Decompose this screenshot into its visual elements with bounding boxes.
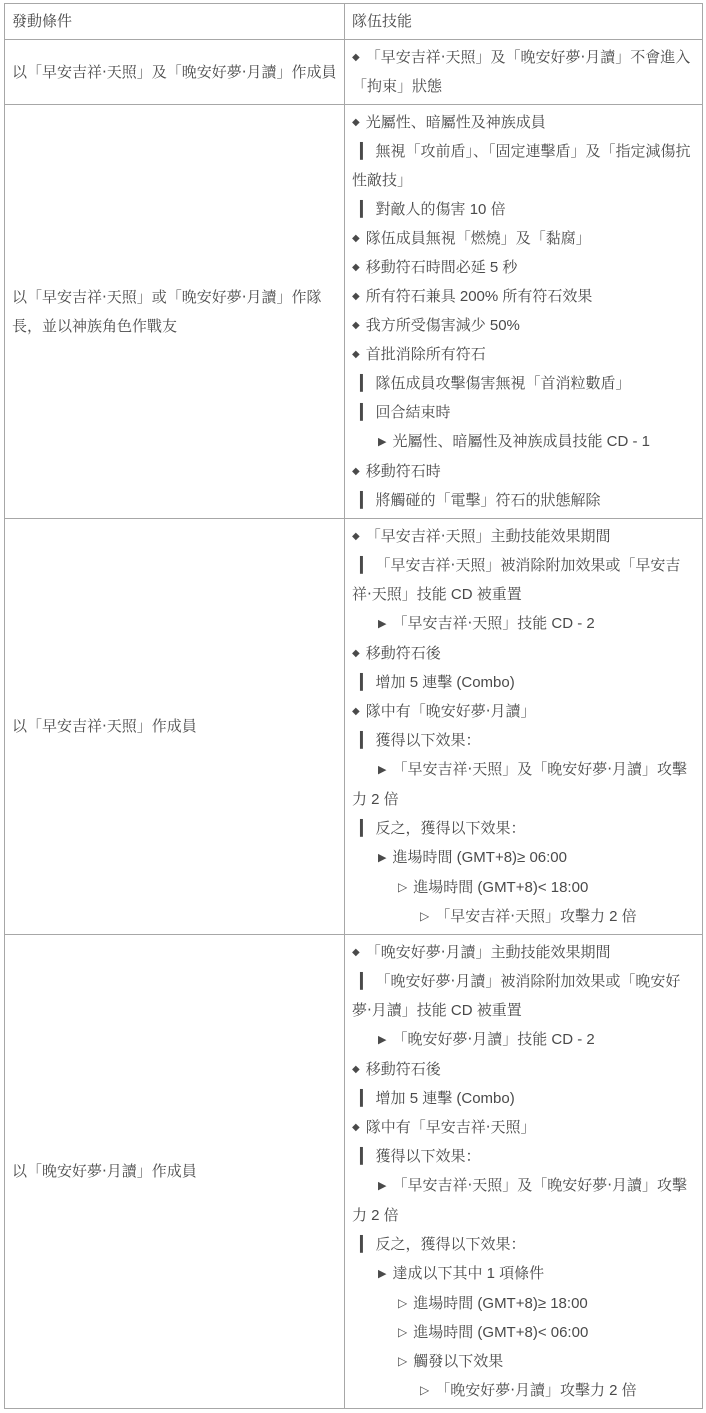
triangle-filled-bullet-icon: ▶ — [378, 764, 386, 776]
header-row: 發動條件 隊伍技能 — [5, 4, 703, 40]
triangle-open-bullet-icon: ▷ — [420, 1383, 429, 1397]
skill-text: 「早安吉祥‧天照」攻擊力 2 倍 — [435, 908, 636, 925]
skill-line: ◆「早安吉祥‧天照」及「晚安好夢‧月讀」不會進入「拘束」狀態 — [352, 43, 695, 101]
page: 發動條件 隊伍技能 以「早安吉祥‧天照」及「晚安好夢‧月讀」作成員 ◆「早安吉祥… — [0, 0, 706, 1413]
skill-line: ▷進場時間 (GMT+8)< 18:00 — [352, 873, 695, 902]
skill-line: ◆「早安吉祥‧天照」主動技能效果期間 — [352, 522, 695, 551]
diamond-bullet-icon: ◆ — [352, 648, 360, 659]
diamond-bullet-icon: ◆ — [352, 320, 360, 331]
skill-line: ◆移動符石時間必延 5 秒 — [352, 253, 695, 282]
skill-line: ◆隊中有「晚安好夢‧月讀」 — [352, 697, 695, 726]
bar-bullet-icon: ▎ — [360, 557, 372, 574]
skill-text: 「早安吉祥‧天照」技能 CD - 2 — [392, 615, 594, 632]
team-skill-table: 發動條件 隊伍技能 以「早安吉祥‧天照」及「晚安好夢‧月讀」作成員 ◆「早安吉祥… — [4, 3, 703, 1409]
column-header-skill: 隊伍技能 — [345, 4, 703, 40]
skill-line: ▎隊伍成員攻擊傷害無視「首消粒數盾」 — [352, 369, 695, 398]
triangle-filled-bullet-icon: ▶ — [378, 1268, 386, 1280]
skill-line: ▷「晚安好夢‧月讀」攻擊力 2 倍 — [352, 1376, 695, 1405]
skill-text: 首批消除所有符石 — [366, 346, 486, 363]
diamond-bullet-icon: ◆ — [352, 349, 360, 360]
bar-bullet-icon: ▎ — [360, 1090, 372, 1107]
skill-line: ▶「早安吉祥‧天照」及「晚安好夢‧月讀」攻擊力 2 倍 — [352, 755, 695, 814]
triangle-open-bullet-icon: ▷ — [398, 1325, 407, 1339]
triangle-filled-bullet-icon: ▶ — [378, 436, 386, 448]
skill-line: ▎獲得以下效果： — [352, 726, 695, 755]
condition-cell: 以「晚安好夢‧月讀」作成員 — [5, 935, 345, 1409]
skill-text: 獲得以下效果： — [376, 732, 481, 749]
condition-cell: 以「早安吉祥‧天照」或「晚安好夢‧月讀」作隊長，並以神族角色作戰友 — [5, 105, 345, 519]
skill-text: 對敵人的傷害 10 倍 — [376, 201, 506, 218]
bar-bullet-icon: ▎ — [360, 1236, 372, 1253]
skill-text: 將觸碰的「電擊」符石的狀態解除 — [376, 492, 601, 509]
diamond-bullet-icon: ◆ — [352, 1064, 360, 1075]
skill-text: 「早安吉祥‧天照」主動技能效果期間 — [366, 528, 611, 545]
skill-line: ▷「早安吉祥‧天照」攻擊力 2 倍 — [352, 902, 695, 931]
skill-text: 移動符石時 — [366, 463, 441, 480]
skill-line: ▎回合結束時 — [352, 398, 695, 427]
bar-bullet-icon: ▎ — [360, 820, 372, 837]
skill-text: 「早安吉祥‧天照」及「晚安好夢‧月讀」不會進入「拘束」狀態 — [352, 49, 690, 95]
condition-cell: 以「早安吉祥‧天照」及「晚安好夢‧月讀」作成員 — [5, 40, 345, 105]
skill-text: 光屬性、暗屬性及神族成員技能 CD - 1 — [392, 433, 650, 450]
diamond-bullet-icon: ◆ — [352, 466, 360, 477]
diamond-bullet-icon: ◆ — [352, 233, 360, 244]
skill-text: 「晚安好夢‧月讀」主動技能效果期間 — [366, 944, 611, 961]
skill-text: 「早安吉祥‧天照」被消除附加效果或「早安吉祥‧天照」技能 CD 被重置 — [352, 557, 680, 603]
skill-line: ▎反之，獲得以下效果： — [352, 814, 695, 843]
skill-line: ◆所有符石兼具 200% 所有符石效果 — [352, 282, 695, 311]
skill-text: 隊中有「晚安好夢‧月讀」 — [366, 703, 536, 720]
skill-line: ◆隊中有「早安吉祥‧天照」 — [352, 1113, 695, 1142]
triangle-filled-bullet-icon: ▶ — [378, 1034, 386, 1046]
bar-bullet-icon: ▎ — [360, 201, 372, 218]
skills-cell: ◆光屬性、暗屬性及神族成員 ▎無視「攻前盾」、「固定連擊盾」及「指定減傷抗性敵技… — [345, 105, 703, 519]
skill-line: ◆移動符石後 — [352, 1055, 695, 1084]
diamond-bullet-icon: ◆ — [352, 706, 360, 717]
skill-line: ▷進場時間 (GMT+8)≥ 18:00 — [352, 1289, 695, 1318]
skill-line: ◆隊伍成員無視「燃燒」及「黏腐」 — [352, 224, 695, 253]
table-row: 以「早安吉祥‧天照」作成員 ◆「早安吉祥‧天照」主動技能效果期間 ▎「早安吉祥‧… — [5, 519, 703, 935]
skill-text: 進場時間 (GMT+8)≥ 18:00 — [413, 1295, 588, 1312]
skill-line: ▶「早安吉祥‧天照」技能 CD - 2 — [352, 609, 695, 639]
diamond-bullet-icon: ◆ — [352, 1122, 360, 1133]
skill-line: ▎增加 5 連擊 (Combo) — [352, 668, 695, 697]
skill-line: ▶「早安吉祥‧天照」及「晚安好夢‧月讀」攻擊力 2 倍 — [352, 1171, 695, 1230]
triangle-open-bullet-icon: ▷ — [398, 1354, 407, 1368]
skill-line: ▎將觸碰的「電擊」符石的狀態解除 — [352, 486, 695, 515]
skill-text: 回合結束時 — [376, 404, 451, 421]
skill-line: ▶達成以下其中 1 項條件 — [352, 1259, 695, 1289]
bar-bullet-icon: ▎ — [360, 732, 372, 749]
table-row: 以「早安吉祥‧天照」或「晚安好夢‧月讀」作隊長，並以神族角色作戰友 ◆光屬性、暗… — [5, 105, 703, 519]
skill-text: 增加 5 連擊 (Combo) — [376, 674, 515, 691]
skill-text: 我方所受傷害減少 50% — [366, 317, 520, 334]
skill-line: ▶「晚安好夢‧月讀」技能 CD - 2 — [352, 1025, 695, 1055]
skill-text: 反之，獲得以下效果： — [376, 1236, 526, 1253]
skill-text: 隊伍成員攻擊傷害無視「首消粒數盾」 — [376, 375, 631, 392]
skill-text: 反之，獲得以下效果： — [376, 820, 526, 837]
skill-text: 「早安吉祥‧天照」及「晚安好夢‧月讀」攻擊力 2 倍 — [352, 1177, 687, 1224]
skill-line: ▷進場時間 (GMT+8)< 06:00 — [352, 1318, 695, 1347]
skill-text: 無視「攻前盾」、「固定連擊盾」及「指定減傷抗性敵技」 — [352, 143, 691, 189]
skill-text: 移動符石後 — [366, 645, 441, 662]
skill-text: 移動符石時間必延 5 秒 — [366, 259, 518, 276]
skill-line: ▶進場時間 (GMT+8)≥ 06:00 — [352, 843, 695, 873]
skill-line: ▎「早安吉祥‧天照」被消除附加效果或「早安吉祥‧天照」技能 CD 被重置 — [352, 551, 695, 609]
bar-bullet-icon: ▎ — [360, 1148, 372, 1165]
table-row: 以「晚安好夢‧月讀」作成員 ◆「晚安好夢‧月讀」主動技能效果期間 ▎「晚安好夢‧… — [5, 935, 703, 1409]
skill-line: ▎無視「攻前盾」、「固定連擊盾」及「指定減傷抗性敵技」 — [352, 137, 695, 195]
skill-text: 移動符石後 — [366, 1061, 441, 1078]
triangle-open-bullet-icon: ▷ — [398, 880, 407, 894]
skill-text: 進場時間 (GMT+8)< 18:00 — [413, 879, 588, 896]
skill-text: 隊伍成員無視「燃燒」及「黏腐」 — [366, 230, 591, 247]
bar-bullet-icon: ▎ — [360, 492, 372, 509]
skill-text: 「晚安好夢‧月讀」被消除附加效果或「晚安好夢‧月讀」技能 CD 被重置 — [352, 973, 680, 1019]
condition-cell: 以「早安吉祥‧天照」作成員 — [5, 519, 345, 935]
diamond-bullet-icon: ◆ — [352, 52, 360, 63]
skill-line: ◆首批消除所有符石 — [352, 340, 695, 369]
skill-line: ▎增加 5 連擊 (Combo) — [352, 1084, 695, 1113]
skill-text: 「晚安好夢‧月讀」技能 CD - 2 — [392, 1031, 594, 1048]
skill-line: ▎「晚安好夢‧月讀」被消除附加效果或「晚安好夢‧月讀」技能 CD 被重置 — [352, 967, 695, 1025]
skill-line: ▎對敵人的傷害 10 倍 — [352, 195, 695, 224]
skill-line: ◆移動符石後 — [352, 639, 695, 668]
skill-line: ▷觸發以下效果 — [352, 1347, 695, 1376]
skill-text: 進場時間 (GMT+8)≥ 06:00 — [392, 849, 567, 866]
skill-line: ▎反之，獲得以下效果： — [352, 1230, 695, 1259]
skill-text: 增加 5 連擊 (Combo) — [376, 1090, 515, 1107]
skill-text: 達成以下其中 1 項條件 — [392, 1265, 544, 1282]
diamond-bullet-icon: ◆ — [352, 947, 360, 958]
triangle-filled-bullet-icon: ▶ — [378, 618, 386, 630]
bar-bullet-icon: ▎ — [360, 404, 372, 421]
skill-text: 所有符石兼具 200% 所有符石效果 — [366, 288, 593, 305]
skill-line: ▶光屬性、暗屬性及神族成員技能 CD - 1 — [352, 427, 695, 457]
bar-bullet-icon: ▎ — [360, 674, 372, 691]
skills-cell: ◆「晚安好夢‧月讀」主動技能效果期間 ▎「晚安好夢‧月讀」被消除附加效果或「晚安… — [345, 935, 703, 1409]
diamond-bullet-icon: ◆ — [352, 262, 360, 273]
triangle-open-bullet-icon: ▷ — [398, 1296, 407, 1310]
skill-line: ◆移動符石時 — [352, 457, 695, 486]
column-header-condition: 發動條件 — [5, 4, 345, 40]
bar-bullet-icon: ▎ — [360, 375, 372, 392]
skill-text: 「晚安好夢‧月讀」攻擊力 2 倍 — [435, 1382, 636, 1399]
table-row: 以「早安吉祥‧天照」及「晚安好夢‧月讀」作成員 ◆「早安吉祥‧天照」及「晚安好夢… — [5, 40, 703, 105]
bar-bullet-icon: ▎ — [360, 973, 372, 990]
skills-cell: ◆「早安吉祥‧天照」主動技能效果期間 ▎「早安吉祥‧天照」被消除附加效果或「早安… — [345, 519, 703, 935]
skill-line: ◆光屬性、暗屬性及神族成員 — [352, 108, 695, 137]
skill-text: 進場時間 (GMT+8)< 06:00 — [413, 1324, 588, 1341]
triangle-filled-bullet-icon: ▶ — [378, 1180, 386, 1192]
skill-line: ◆「晚安好夢‧月讀」主動技能效果期間 — [352, 938, 695, 967]
skill-line: ▎獲得以下效果： — [352, 1142, 695, 1171]
skill-text: 觸發以下效果 — [413, 1353, 503, 1370]
bar-bullet-icon: ▎ — [360, 143, 372, 160]
skill-line: ◆我方所受傷害減少 50% — [352, 311, 695, 340]
diamond-bullet-icon: ◆ — [352, 291, 360, 302]
skill-text: 隊中有「早安吉祥‧天照」 — [366, 1119, 536, 1136]
diamond-bullet-icon: ◆ — [352, 117, 360, 128]
skills-cell: ◆「早安吉祥‧天照」及「晚安好夢‧月讀」不會進入「拘束」狀態 — [345, 40, 703, 105]
skill-text: 「早安吉祥‧天照」及「晚安好夢‧月讀」攻擊力 2 倍 — [352, 761, 687, 808]
triangle-open-bullet-icon: ▷ — [420, 909, 429, 923]
skill-text: 光屬性、暗屬性及神族成員 — [366, 114, 546, 131]
triangle-filled-bullet-icon: ▶ — [378, 852, 386, 864]
diamond-bullet-icon: ◆ — [352, 531, 360, 542]
skill-text: 獲得以下效果： — [376, 1148, 481, 1165]
